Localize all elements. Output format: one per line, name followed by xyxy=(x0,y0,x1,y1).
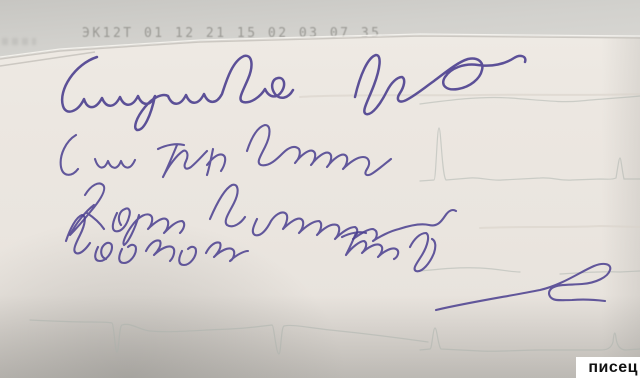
caption-box: писец xyxy=(576,357,640,378)
ecg-trace-1 xyxy=(420,96,640,104)
paper-crease-1 xyxy=(300,94,640,97)
caption-text: писец xyxy=(588,360,638,376)
handwriting-overlay xyxy=(0,0,640,378)
signature-flourish xyxy=(436,264,610,310)
ecg-trace-2 xyxy=(420,128,640,181)
handwritten-line-1 xyxy=(62,55,525,130)
photo-of-handwritten-note: ЭК12Т 01 12 21 15 02 03 07 35 писец xyxy=(0,0,640,378)
handwritten-line-2 xyxy=(61,125,391,177)
handwritten-line-4 xyxy=(66,215,435,271)
ecg-trace-5 xyxy=(30,320,428,354)
paper-edge-shadow xyxy=(0,36,640,59)
ecg-trace-4 xyxy=(420,268,640,274)
sheet-corner-edge xyxy=(0,52,95,66)
handwritten-line-3 xyxy=(70,183,456,245)
ecg-trace-3 xyxy=(420,328,640,351)
paper-crease-2 xyxy=(480,226,640,228)
